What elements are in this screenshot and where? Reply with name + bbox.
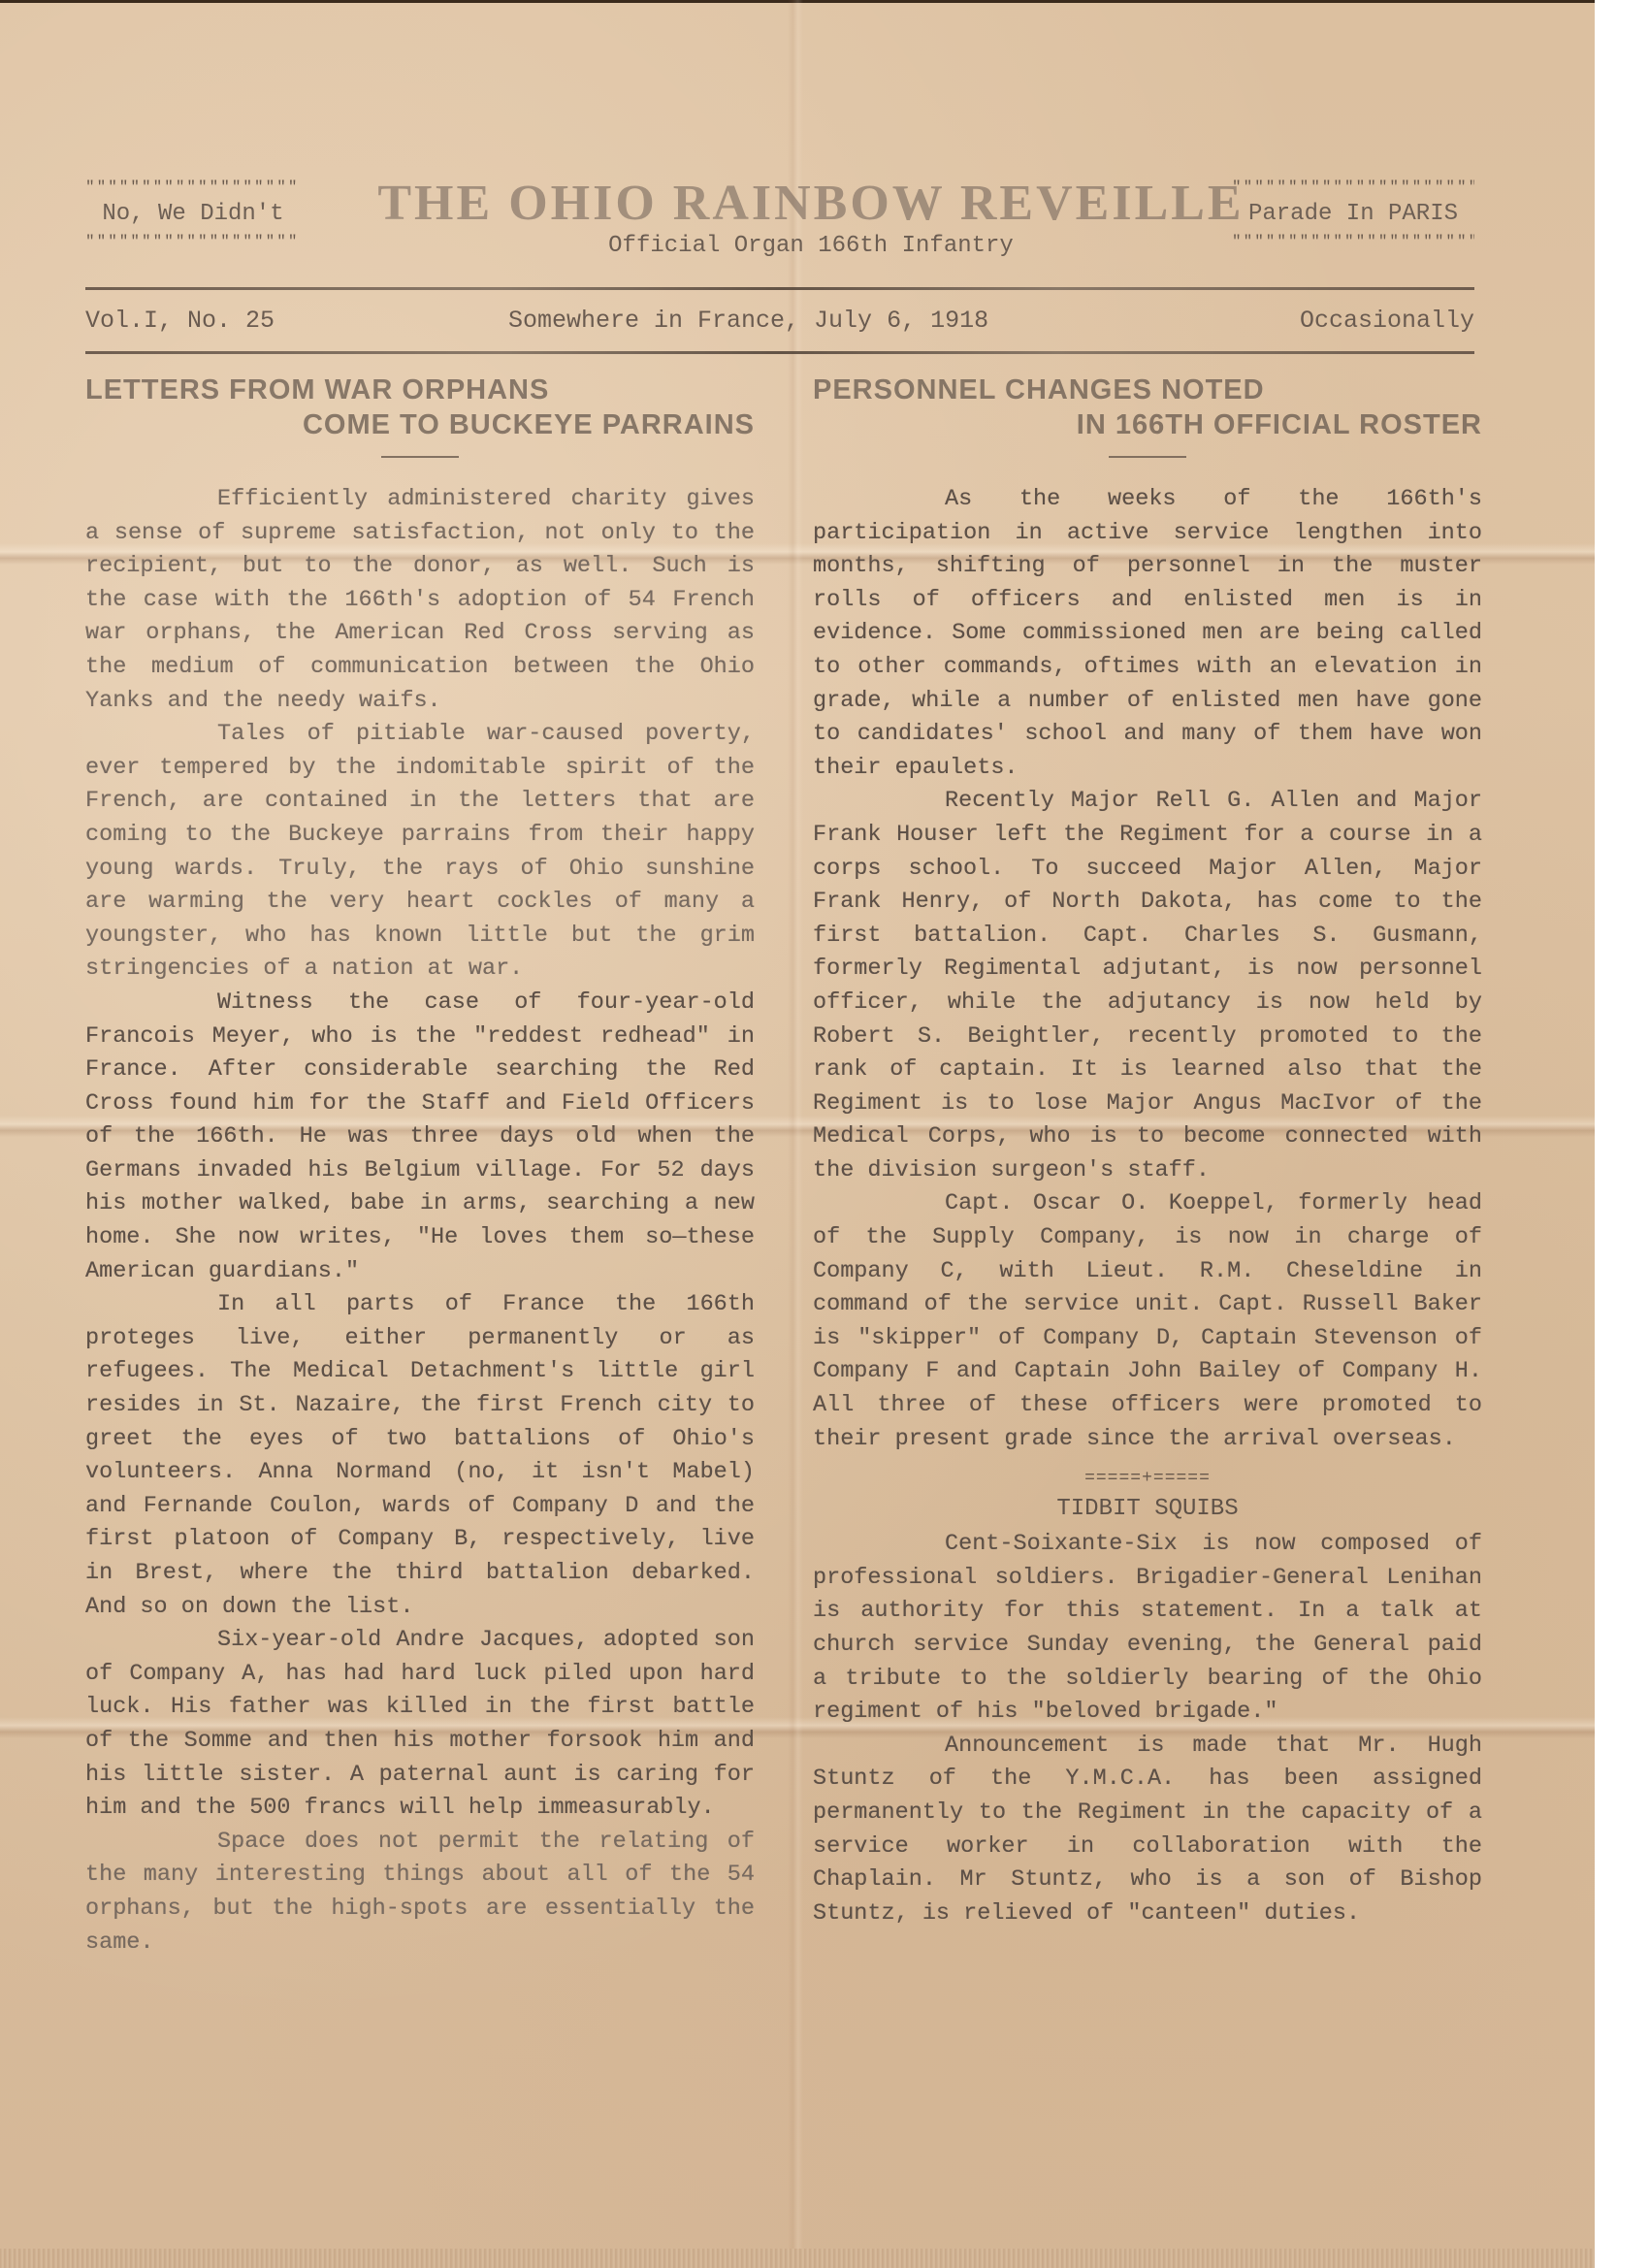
headline-rule (1109, 456, 1186, 458)
column-left: LETTERS FROM WAR ORPHANS COME TO BUCKEYE… (85, 373, 755, 1960)
ear-right: """""""""""""""""""""""""""""" Parade In… (1232, 178, 1474, 250)
newspaper-title: THE OHIO RAINBOW REVEILLE (355, 175, 1267, 233)
place-date: Somewhere in France, July 6, 1918 (508, 307, 988, 335)
dateline: Vol.I, No. 25 Somewhere in France, July … (85, 303, 1474, 341)
newspaper-page: """""""""""""""""""""""""" No, We Didn't… (0, 0, 1595, 2268)
publication-frequency: Occasionally (1300, 307, 1474, 335)
article-paragraph: In all parts of France the 166th protege… (85, 1288, 755, 1624)
ornament-row: """""""""""""""""""""""""""""" (1232, 233, 1474, 250)
article-paragraph: Recently Major Rell G. Allen and Major F… (813, 785, 1482, 1187)
article-paragraph: Announcement is made that Mr. Hugh Stunt… (813, 1730, 1482, 1931)
article-paragraph: Witness the case of four-year-old Franco… (85, 987, 755, 1288)
article-paragraph: Capt. Oscar O. Koeppel, formerly head of… (813, 1187, 1482, 1456)
masthead-rule-bottom (85, 351, 1474, 354)
section-divider: =====+===== (813, 1466, 1482, 1491)
ear-left: """""""""""""""""""""""""" No, We Didn't… (85, 178, 301, 250)
headline-line-2: IN 166TH OFFICIAL ROSTER (813, 407, 1482, 442)
article-headline: LETTERS FROM WAR ORPHANS COME TO BUCKEYE… (85, 373, 755, 442)
article-paragraph: Tales of pitiable war-caused poverty, ev… (85, 718, 755, 987)
ear-left-text: No, We Didn't (85, 196, 301, 233)
column-right: PERSONNEL CHANGES NOTED IN 166TH OFFICIA… (813, 373, 1482, 1930)
scan-bottom-edge (0, 2249, 1595, 2268)
article-paragraph: Six-year-old Andre Jacques, adopted son … (85, 1624, 755, 1826)
newspaper-subtitle: Official Organ 166th Infantry (355, 233, 1267, 259)
masthead: """""""""""""""""""""""""" No, We Didn't… (85, 175, 1474, 281)
volume-number: Vol.I, No. 25 (85, 307, 275, 335)
masthead-rule-top (85, 287, 1474, 290)
headline-line-2: COME TO BUCKEYE PARRAINS (85, 407, 755, 442)
article-paragraph: As the weeks of the 166th's participatio… (813, 483, 1482, 785)
article-headline: PERSONNEL CHANGES NOTED IN 166TH OFFICIA… (813, 373, 1482, 442)
article-paragraph: Efficiently administered charity gives a… (85, 483, 755, 718)
ear-right-text: Parade In PARIS (1232, 196, 1474, 233)
ornament-row: """""""""""""""""""""""""""""" (1232, 178, 1474, 196)
article-paragraph: Space does not permit the relating of th… (85, 1826, 755, 1960)
article-paragraph: Cent-Soixante-Six is now composed of pro… (813, 1528, 1482, 1730)
headline-line-1: PERSONNEL CHANGES NOTED (813, 373, 1482, 407)
headline-line-1: LETTERS FROM WAR ORPHANS (85, 373, 755, 407)
section-title: TIDBIT SQUIBS (813, 1493, 1482, 1526)
ornament-row: """""""""""""""""""""""""" (85, 233, 301, 250)
headline-rule (381, 456, 459, 458)
ornament-row: """""""""""""""""""""""""" (85, 178, 301, 196)
